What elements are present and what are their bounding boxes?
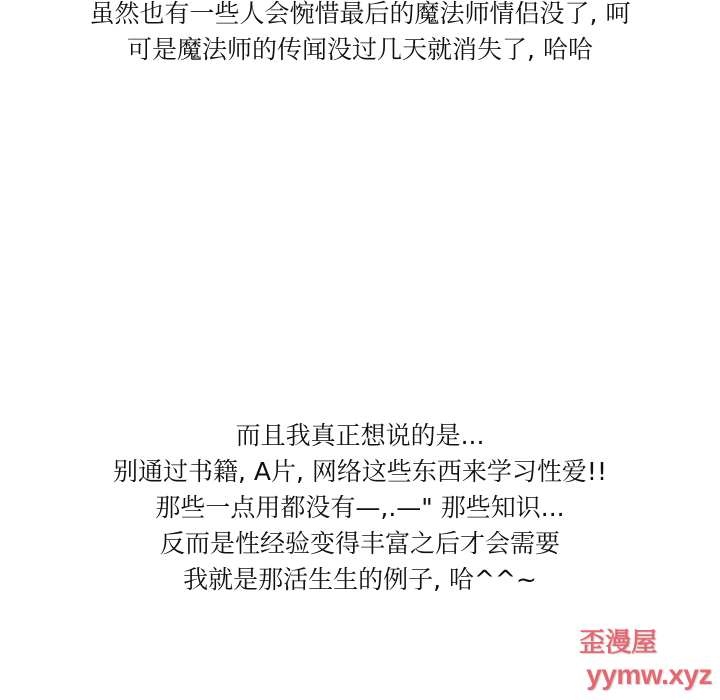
watermark-url: yymw.xyz <box>586 658 712 692</box>
caption-line: 反而是性经验变得丰富之后才会需要 <box>0 526 720 562</box>
caption-top: 虽然也有一些人会惋惜最后的魔法师情侣没了, 呵 可是魔法师的传闻没过几天就消失了… <box>0 0 720 68</box>
caption-line: 别通过书籍, A片, 网络这些东西来学习性爱!! <box>0 454 720 490</box>
caption-line: 而且我真正想说的是... <box>0 418 720 454</box>
watermark-site-name: 歪漫屋 <box>524 628 712 658</box>
caption-line: 可是魔法师的传闻没过几天就消失了, 哈哈 <box>0 32 720 68</box>
caption-line: 虽然也有一些人会惋惜最后的魔法师情侣没了, 呵 <box>0 0 720 32</box>
caption-bottom: 而且我真正想说的是... 别通过书籍, A片, 网络这些东西来学习性爱!! 那些… <box>0 418 720 598</box>
caption-line: 那些一点用都没有—,.—" 那些知识... <box>0 490 720 526</box>
watermark: 歪漫屋 yymw.xyz <box>586 628 712 692</box>
caption-line: 我就是那活生生的例子, 哈^^~ <box>0 562 720 598</box>
